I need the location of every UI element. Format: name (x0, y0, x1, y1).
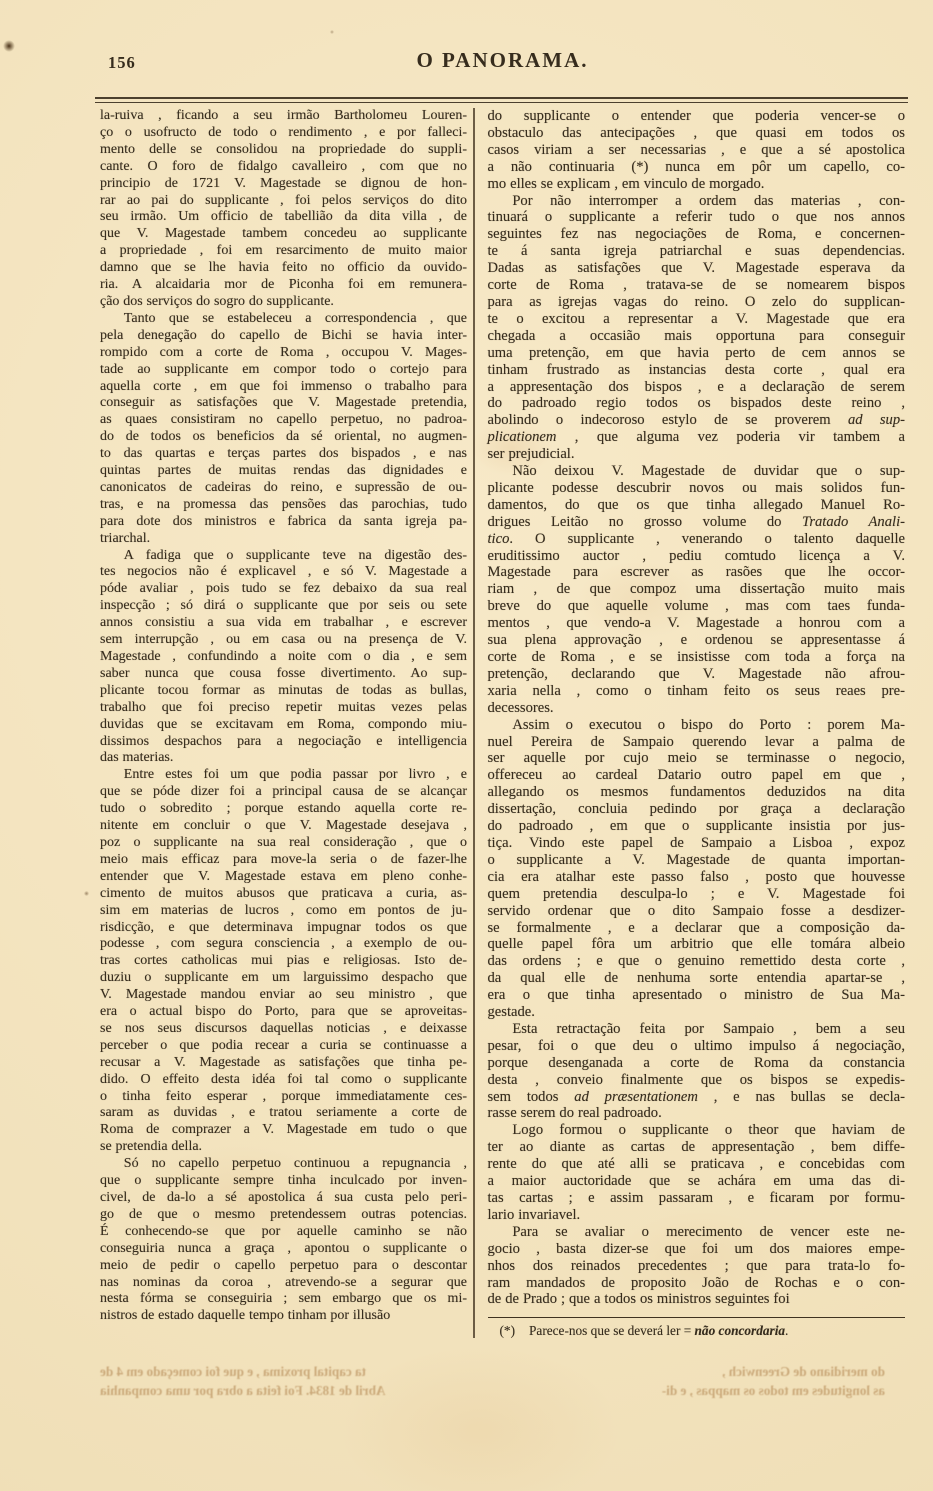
text-line: era o actual bispo do Porto, para que se… (100, 1004, 467, 1021)
bleed-through-line: as longitudes em todos os mappas , e di-… (100, 1381, 885, 1400)
paragraph: la-ruiva , ficando a seu irmão Bartholom… (100, 108, 467, 311)
text-line: porque desenganada a corte de Roma da co… (488, 1055, 906, 1072)
text-line: decessores. (488, 700, 906, 717)
text-line: Por não interromper a ordem das materias… (488, 193, 906, 210)
text-line: do supplicante o entender que poderia ve… (488, 108, 906, 125)
paragraph: Logo formou o supplicante o theor que ha… (488, 1122, 906, 1223)
text-line: o supplicante a V. Magestade de quanta i… (488, 852, 906, 869)
text-line: ram mandados de proposito João de Rochas… (488, 1275, 906, 1292)
text-line: rente do que até alli se praticava , e c… (488, 1156, 906, 1173)
text-line: É conhecendo-se que por aquelle caminho … (100, 1224, 467, 1241)
text-line: se formalmente , e a declarar que a comp… (488, 920, 906, 937)
paragraph: Entre estes foi um que podia passar por … (100, 767, 467, 1156)
text-line: das materias. (100, 750, 467, 767)
text-line: trabalho que foi preciso repetir muitas … (100, 700, 467, 717)
text-line: conseguiria nunca a graça , apontou o su… (100, 1241, 467, 1258)
text-line: tiça. Vindo este papel de Sampaio a Lisb… (488, 835, 906, 852)
text-line: a appresentação dos bispos , e a declara… (488, 379, 906, 396)
text-line: Só no capello perpetuo continuou a repug… (100, 1156, 467, 1173)
text-line: go de que o mesmo pretendessem outras po… (100, 1207, 467, 1224)
right-column-text: do supplicante o entender que poderia ve… (488, 108, 906, 1308)
text-line: tras cortes catholicas mui pias e religi… (100, 953, 467, 970)
text-line: la-ruiva , ficando a seu irmão Bartholom… (100, 108, 467, 125)
text-line: recusar a V. Magestade as satisfações qu… (100, 1055, 467, 1072)
text-line: desta , conveio finalmente que os bispos… (488, 1072, 906, 1089)
left-column: la-ruiva , ficando a seu irmão Bartholom… (100, 108, 467, 1338)
text-line: saram as duvidas , e tratou seriamente a… (100, 1105, 467, 1122)
text-line: era o que tinha apresentado o ministro d… (488, 987, 906, 1004)
text-line: gocio , basta dizer-se que foi um dos ma… (488, 1241, 906, 1258)
text-line: Dadas as satisfações que V. Magestade es… (488, 260, 906, 277)
ink-speck (3, 40, 15, 52)
text-line: civel, de da-lo a sé apostolica á sua cu… (100, 1190, 467, 1207)
text-line: nesta fórma se conseguiria ; sem embargo… (100, 1291, 467, 1308)
text-line: que se póde dizer foi a principal causa … (100, 784, 467, 801)
text-line: ria. A alcaidaria mor de Piconha foi em … (100, 277, 467, 294)
text-line: Magestade para escrever as rasões que lh… (488, 564, 906, 581)
text-line: de de Prado ; que a todos os ministros s… (488, 1291, 906, 1308)
text-line: sem interrupção , ou em casa ou na prese… (100, 632, 467, 649)
ink-speck (84, 891, 89, 896)
paragraph: do supplicante o entender que poderia ve… (488, 108, 906, 193)
text-line: te á santa igreja patriarchal e suas dep… (488, 243, 906, 260)
text-line: dissertação, concluia pedindo por graça … (488, 801, 906, 818)
text-line: entender que V. Magestade estava em plen… (100, 869, 467, 886)
paragraph: Só no capello perpetuo continuou a repug… (100, 1156, 467, 1325)
text-line: principio de 1721 V. Magestade se dignou… (100, 176, 467, 193)
text-line: tudo o sobredito ; porque estando aquell… (100, 801, 467, 818)
text-line: tes negocios não é explicavel , e só V. … (100, 564, 467, 581)
text-line: pesar, foi o que deu o ultimo impulso á … (488, 1038, 906, 1055)
text-line: meio de pedir o capello perpetuo para o … (100, 1258, 467, 1275)
text-line: se pretendia della. (100, 1139, 467, 1156)
text-line: nhos dos reinados precedentes ; que para… (488, 1258, 906, 1275)
text-line: da qual elle de nenhuma sorte entendia a… (488, 970, 906, 987)
text-line: dissimos despachos para a negociação e i… (100, 734, 467, 751)
text-line: sim em materias de lucros , como em pont… (100, 903, 467, 920)
text-line: plicante tocou formar as minutas de toda… (100, 683, 467, 700)
text-line: tinuará o supplicante a referir tudo o q… (488, 209, 906, 226)
text-line: quelle papel fôra um arbitrio que elle t… (488, 936, 906, 953)
text-line: mentos , que vendo-a V. Magestade a honr… (488, 615, 906, 632)
text-line: abolindo o indecoroso estylo de se prove… (488, 412, 906, 429)
text-line: damno que se lhe havia feito no officio … (100, 260, 467, 277)
text-line: saber nunca que cousa fosse divertimento… (100, 666, 467, 683)
text-line: casos viriam a ser necessarias , e que a… (488, 142, 906, 159)
text-line: Assim o executou o bispo do Porto : pore… (488, 717, 906, 734)
text-line: tinham frustrado as instancias desta cor… (488, 362, 906, 379)
text-line: cimento de muitos abusos que praticava a… (100, 886, 467, 903)
footnote-marker: (*) (488, 1323, 530, 1338)
text-line: inspecção ; só dirá o supplicante que po… (100, 598, 467, 615)
text-line: quintas partes de muitas rendas das dign… (100, 463, 467, 480)
scanned-page: 156 O PANORAMA. la-ruiva , ficando a seu… (0, 0, 933, 1491)
text-line: duvidas que se excitavam em Roma, compon… (100, 717, 467, 734)
paragraph: Não deixou V. Magestade de duvidar que o… (488, 463, 906, 717)
text-line: dido. O effeito desta idéa foi tal como … (100, 1072, 467, 1089)
text-line: podesse , com segura consciencia , a exe… (100, 936, 467, 953)
paragraph: A fadiga que o supplicante teve na diges… (100, 548, 467, 768)
text-line: tras, e na promessa das pensões das paro… (100, 497, 467, 514)
text-line: seu irmão. Um officio de tabellião da di… (100, 209, 467, 226)
text-line: meio mais efficaz para move-la seria o d… (100, 852, 467, 869)
text-line: canonicatos de cadeiras do reino, e supr… (100, 480, 467, 497)
text-line: sem todos ad præsentationem , e nas bull… (488, 1089, 906, 1106)
text-line: a propriedade , foi em resarcimento de m… (100, 243, 467, 260)
text-line: chegada a occasião mais opportuna para c… (488, 328, 906, 345)
text-line: Esta retractação feita por Sampaio , bem… (488, 1021, 906, 1038)
text-line: sua plena approvação , e ordenou se appr… (488, 632, 906, 649)
text-line: Roma de comprazer a V. Magestade em tudo… (100, 1122, 467, 1139)
text-line: perceber o que podia recear a curia se c… (100, 1038, 467, 1055)
text-line: mo elles se explicam , em vinculo de mor… (488, 176, 906, 193)
text-line: nas nominas da coroa , atrevendo-se a se… (100, 1275, 467, 1292)
text-line: breve do que aquelle volume , mas com ta… (488, 598, 906, 615)
text-line: rasse serem do real padroado. (488, 1105, 906, 1122)
text-line: ção dos serviços do sogro do supplicante… (100, 294, 467, 311)
footnote-text: Parece-nos que se deverá ler = não conco… (529, 1323, 788, 1338)
text-line: xaria nella , como o tinham feito os seu… (488, 683, 906, 700)
text-line: nistros de estado daquelle tempo tinham … (100, 1308, 467, 1325)
text-line: pela denegação do capello de Bichi se ha… (100, 328, 467, 345)
text-line: tade ao supplicante em compor todo o cor… (100, 362, 467, 379)
text-line: gestade. (488, 1004, 906, 1021)
text-line: eruditissimo auctor , pediu comtudo lice… (488, 548, 906, 565)
text-line: uma pretenção, em que havia perto de cem… (488, 345, 906, 362)
bleed-through-line: do meridiano de Greenwich ,ta capital pr… (100, 1362, 885, 1381)
text-line: obstaculo das antecipações , que quasi e… (488, 125, 906, 142)
text-line: duziu o supplicante em um larguissimo de… (100, 970, 467, 987)
text-line: cante. O foro de fidalgo cavalleiro , co… (100, 159, 467, 176)
paragraph: Para se avaliar o merecimento de vencer … (488, 1224, 906, 1309)
text-line: risdicção, e que determinava impugnar to… (100, 920, 467, 937)
text-line: o tinha feito esperar , porque immediata… (100, 1089, 467, 1106)
right-column: do supplicante o entender que poderia ve… (488, 108, 906, 1338)
text-line: Para se avaliar o merecimento de vencer … (488, 1224, 906, 1241)
text-line: Entre estes foi um que podia passar por … (100, 767, 467, 784)
text-line: para dote dos ministros e fabrica da san… (100, 514, 467, 531)
paragraph: Assim o executou o bispo do Porto : pore… (488, 717, 906, 1021)
text-line: te o excitou a representar a V. Magestad… (488, 311, 906, 328)
text-line: lario invariavel. (488, 1207, 906, 1224)
text-line: triarchal. (100, 531, 467, 548)
paragraph: Tanto que se estabeleceu a correspondenc… (100, 311, 467, 548)
text-line: do de todos os beneficios da sé oriental… (100, 429, 467, 446)
text-line: nitente em concluir o que V. Magestade d… (100, 818, 467, 835)
text-line: cia era atalhar este passo falso , posto… (488, 869, 906, 886)
text-line: corte de Roma , tratava-se de se nomeare… (488, 277, 906, 294)
text-line: que V. Magestade tambem concedeu ao supp… (100, 226, 467, 243)
text-line: do padroado , em que o supplicante insis… (488, 818, 906, 835)
text-line: rompido com a corte de Roma , occupou V.… (100, 345, 467, 362)
text-line: seguintes fez nas negociações de Roma, e… (488, 226, 906, 243)
text-line: corte de Roma , e se insistisse com toda… (488, 649, 906, 666)
page-header: 156 O PANORAMA. (100, 48, 905, 80)
text-line: pretenção, declarando que V. Magestade n… (488, 666, 906, 683)
ink-speck (330, 30, 334, 34)
text-line: ser aquelle por cujo meio se terminasse … (488, 750, 906, 767)
text-line: offereceu ao cardeal Datario outro papel… (488, 767, 906, 784)
header-double-rule (95, 97, 908, 103)
text-line: Não deixou V. Magestade de duvidar que o… (488, 463, 906, 480)
text-line: Logo formou o supplicante o theor que ha… (488, 1122, 906, 1139)
text-line: ter ao diante as cartas de appresentação… (488, 1139, 906, 1156)
text-line: das ordens ; e que o genuino remettido d… (488, 953, 906, 970)
text-line: que o supplicante sempre tinha inculcado… (100, 1173, 467, 1190)
text-line: se nos seus discursos daquellas noticias… (100, 1021, 467, 1038)
text-line: a maior auctoridade que se achára em uma… (488, 1173, 906, 1190)
text-line: drigues Leitão no grosso volume do Trata… (488, 514, 906, 531)
bleed-fragment: ta capital proxima , e que foi começado … (100, 1362, 366, 1381)
text-line: aquella corte , em que foi immenso o tra… (100, 379, 467, 396)
text-line: ser prejudicial. (488, 446, 906, 463)
text-line: do padroado regio todos os bispados dest… (488, 395, 906, 412)
text-line: as quaes consistiram no capello perpetuo… (100, 412, 467, 429)
text-line: rar ao pai do supplicante , foi pelos se… (100, 193, 467, 210)
text-line: annos consistiu a sua vida em trabalhar … (100, 615, 467, 632)
text-line: allegando os mesmos fundamentos deduzido… (488, 784, 906, 801)
text-line: Tanto que se estabeleceu a correspondenc… (100, 311, 467, 328)
text-line: V. Magestade mandou enviar ao seu minist… (100, 987, 467, 1004)
text-line: nuel Pereira de Sampaio querendo levar a… (488, 734, 906, 751)
text-line: a não continuaria (*) nunca em pôr um ca… (488, 159, 906, 176)
text-line: para as igrejas vagas do reino. O zelo d… (488, 294, 906, 311)
text-line: conseguir as satisfações que V. Magestad… (100, 395, 467, 412)
bleed-through-text: do meridiano de Greenwich ,ta capital pr… (100, 1362, 885, 1400)
text-line: plicante podesse descubrir novos ou mais… (488, 480, 906, 497)
page-title: O PANORAMA. (100, 48, 905, 73)
text-line: to das quartas e terças partes dos bispa… (100, 446, 467, 463)
text-line: servido ordenar que o dito Sampaio fosse… (488, 903, 906, 920)
text-line: poz o supplicante na sua real consideraç… (100, 835, 467, 852)
paragraph: Por não interromper a ordem das materias… (488, 193, 906, 464)
column-divider (473, 108, 475, 1338)
text-line: A fadiga que o supplicante teve na diges… (100, 548, 467, 565)
paragraph: Esta retractação feita por Sampaio , bem… (488, 1021, 906, 1122)
bleed-fragment: as longitudes em todos os mappas , e di- (662, 1381, 885, 1400)
text-line: riam , de que compoz uma dissertação mui… (488, 581, 906, 598)
bleed-fragment: Abril de 1834. Foi feita a obra por uma … (100, 1381, 386, 1400)
page-content: la-ruiva , ficando a seu irmão Bartholom… (100, 108, 905, 1338)
footnote: (*)Parece-nos que se deverá ler = não co… (488, 1317, 906, 1338)
text-line: damentos, do que os que tinha allegado M… (488, 497, 906, 514)
text-line: mento delle se consolidou na propriedade… (100, 142, 467, 159)
text-line: tico. O supplicante , venerando o talent… (488, 531, 906, 548)
text-line: Magestade , confundindo a noite com o di… (100, 649, 467, 666)
text-line: ço o usofructo de todo o rendimento , e … (100, 125, 467, 142)
bleed-fragment: do meridiano de Greenwich , (722, 1362, 885, 1381)
text-line: quem pretendia desculpa-lo ; e V. Magest… (488, 886, 906, 903)
text-line: plicationem , que alguma vez poderia vir… (488, 429, 906, 446)
text-line: tas cartas ; e assim passaram , e ficara… (488, 1190, 906, 1207)
text-line: póde avaliar , pois tudo se fez debaixo … (100, 581, 467, 598)
